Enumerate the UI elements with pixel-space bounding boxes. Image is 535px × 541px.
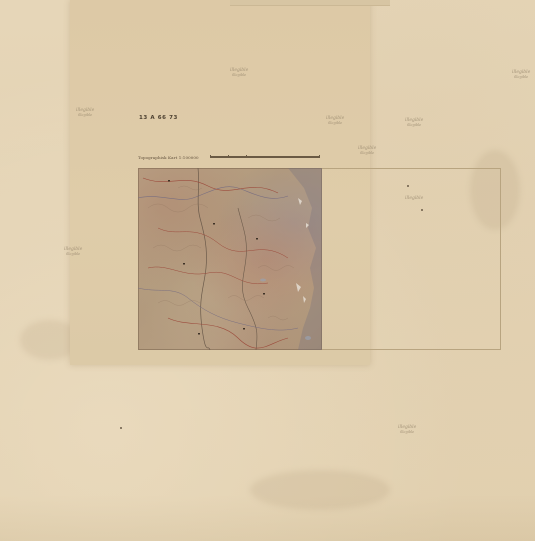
scale-tick bbox=[246, 155, 247, 158]
map-header: Topographisk Kart 1:100000 illegible mar… bbox=[138, 155, 322, 168]
pencil-annotation: illegibleillegible bbox=[76, 108, 94, 118]
pencil-annotation: illegibleillegible bbox=[512, 70, 530, 80]
paper-bottom-shade bbox=[0, 495, 535, 541]
scale-tick bbox=[210, 155, 211, 158]
ink-dot-mark bbox=[120, 427, 122, 429]
map-title: Topographisk Kart 1:100000 bbox=[138, 155, 199, 160]
top-paper-strip bbox=[230, 0, 390, 6]
pencil-annotation: illegible bbox=[405, 196, 423, 201]
pencil-annotation: illegibleillegible bbox=[230, 68, 248, 78]
topographic-map-plate bbox=[138, 168, 322, 350]
map-linework bbox=[138, 168, 322, 350]
pencil-annotation: illegibleillegible bbox=[405, 118, 423, 128]
pencil-annotation: illegibleillegible bbox=[326, 116, 344, 126]
pencil-annotation: illegibleillegible bbox=[398, 425, 416, 435]
map-sheet: 13 A 66 73 Topographisk Kart 1:100000 il… bbox=[0, 0, 535, 541]
pencil-annotation: illegibleillegible bbox=[358, 146, 376, 156]
scale-tick bbox=[228, 155, 229, 158]
ink-dot-mark bbox=[421, 209, 423, 211]
scale-bar bbox=[210, 156, 320, 158]
ink-dot-mark bbox=[407, 185, 409, 187]
scale-tick bbox=[319, 155, 320, 158]
pencil-annotation: illegibleillegible bbox=[64, 247, 82, 257]
sheet-code-label: 13 A 66 73 bbox=[139, 115, 178, 121]
